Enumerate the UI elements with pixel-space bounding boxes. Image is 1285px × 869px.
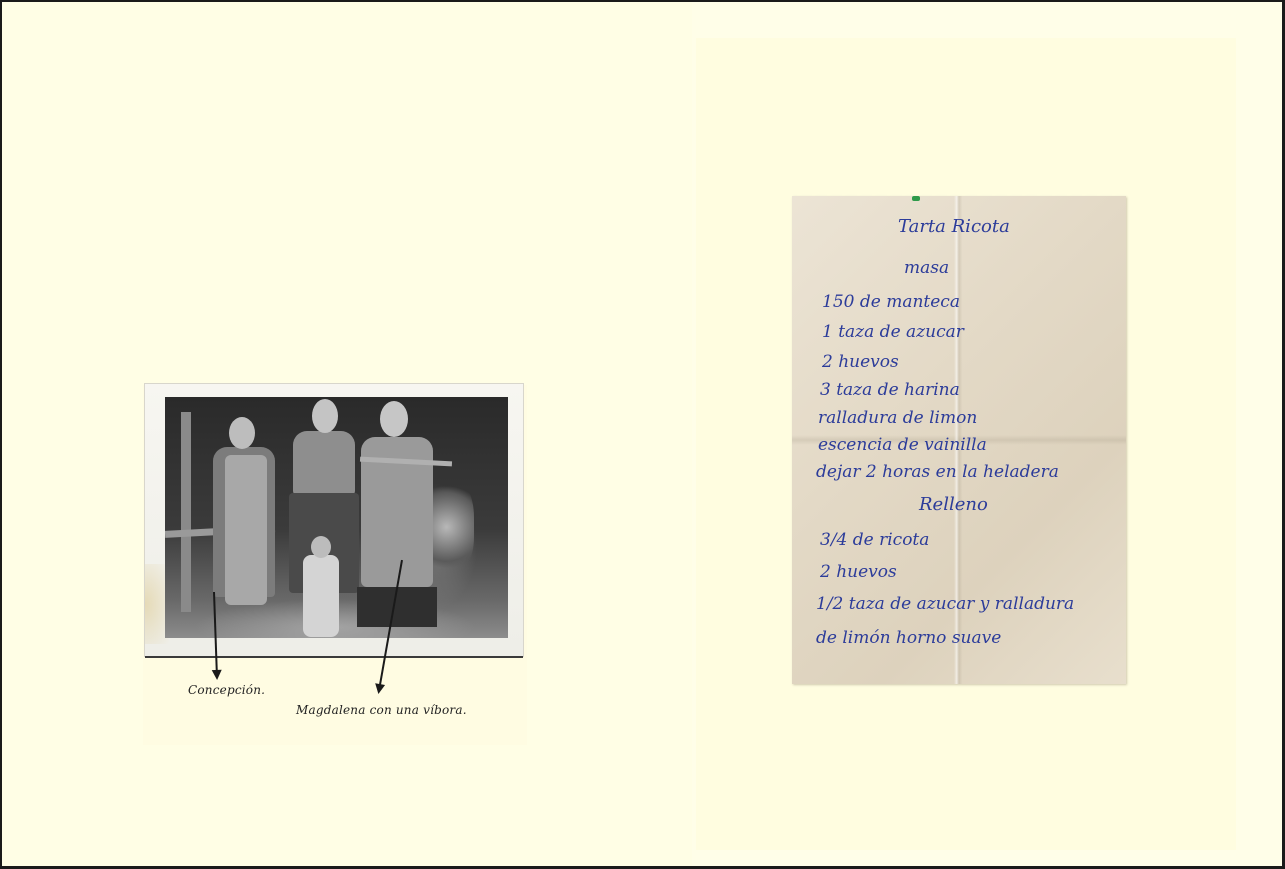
person-left-apron: [225, 455, 267, 605]
ingredient-line: dejar 2 horas en la heladera: [816, 464, 1059, 481]
vintage-photo: [145, 384, 523, 656]
ingredient-line: 3/4 de ricota: [820, 532, 929, 549]
person-center-head: [312, 399, 338, 433]
ingredient-line: de limón horno suave: [816, 630, 1001, 647]
photo-image: [165, 397, 508, 638]
person-center-top: [293, 431, 355, 495]
recipe-note: Tarta Ricota masa 150 de manteca 1 taza …: [792, 196, 1126, 684]
child-head: [311, 536, 331, 558]
ingredient-line: 2 huevos: [822, 354, 899, 371]
ingredient-line: 2 huevos: [820, 564, 897, 581]
person-left-head: [229, 417, 255, 449]
section-heading-masa: masa: [904, 260, 949, 277]
ingredient-line: 150 de manteca: [822, 294, 960, 311]
recipe-title: Tarta Ricota: [898, 218, 1010, 236]
photo-caption-concepcion: Concepción.: [188, 683, 265, 697]
wooden-post: [181, 412, 191, 612]
torn-perforation-edge: [792, 190, 1126, 202]
ingredient-line: 1 taza de azucar: [822, 324, 964, 341]
section-heading-relleno: Relleno: [919, 496, 988, 514]
ingredient-line: escencia de vainilla: [818, 437, 987, 454]
photo-caption-magdalena: Magdalena con una víbora.: [296, 703, 467, 717]
ingredient-line: 1/2 taza de azucar y ralladura: [816, 596, 1074, 613]
person-right-skirt: [357, 587, 437, 627]
ingredient-line: 3 taza de harina: [820, 382, 960, 399]
child-body: [303, 555, 339, 637]
ingredient-line: ralladura de limon: [818, 410, 977, 427]
green-mark: [912, 196, 920, 201]
person-right-head: [380, 401, 408, 437]
